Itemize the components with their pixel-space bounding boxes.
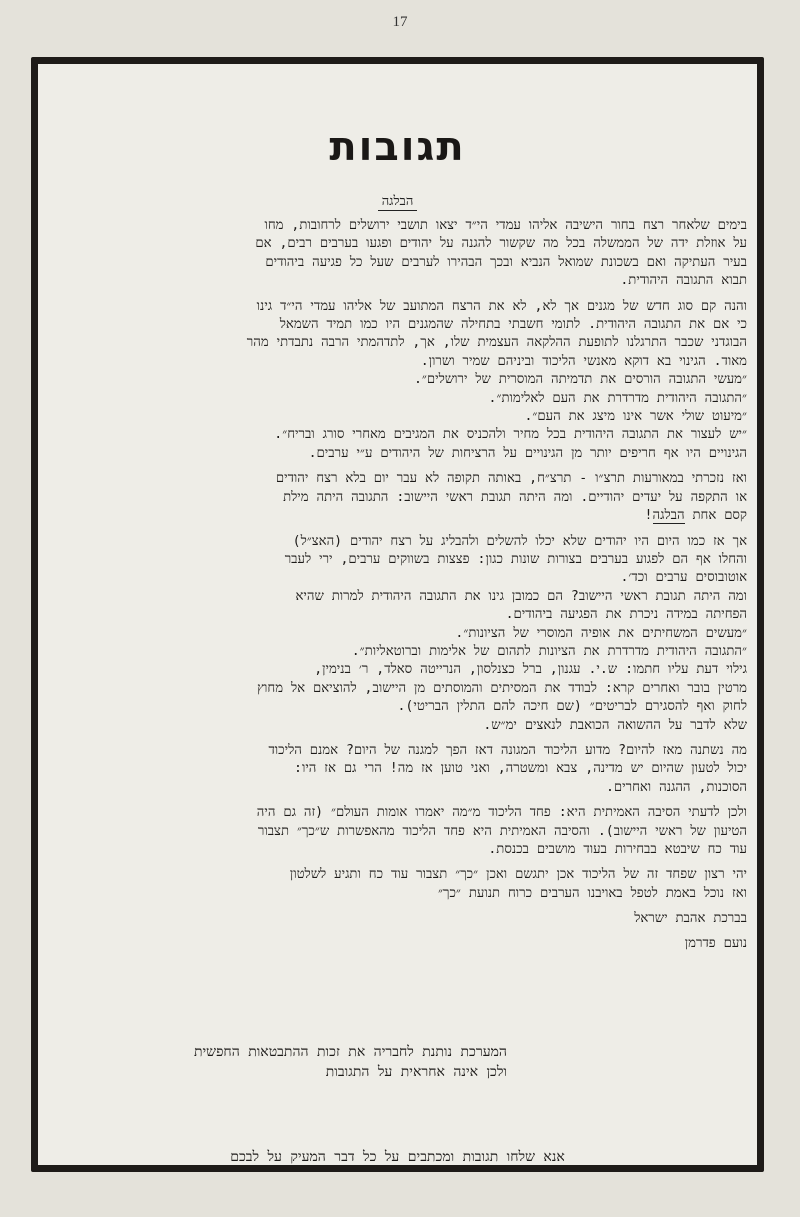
text-line: בימים שלאחר רצח בחור הישיבה אליהו עמדי ה… xyxy=(48,217,747,235)
text-line: או התקפה על יעדים יהודיים. ומה היתה תגוב… xyxy=(48,489,747,507)
author-name: נועם פדרמן xyxy=(48,935,747,953)
article-title: תגובות xyxy=(38,124,757,170)
text-line: גילוי דעת עליו חתמו: ש.י. עגנון, ברל כצנ… xyxy=(48,661,747,679)
article-paragraph: ואז נזכרתי במאורעות תרצ״ו - תרצ״ח, באותה… xyxy=(48,470,747,525)
article-frame: תגובות הבלגה בימים שלאחר רצח בחור הישיבה… xyxy=(31,57,764,1172)
text-line: על אוזלת ידה של הממשלה בכל מה שקשור להגנ… xyxy=(48,235,747,253)
text-line: מרטין בובר ואחרים קרא: לבודד את המסיתים … xyxy=(48,680,747,698)
article-paragraph: אך אז כמו היום היו יהודים שלא יכלו להשלי… xyxy=(48,533,747,735)
text-line: ואז נזכרתי במאורעות תרצ״ו - תרצ״ח, באותה… xyxy=(48,470,747,488)
text-line: יכול לטעון שהיום יש מדינה, צבא ומשטרה, ו… xyxy=(48,760,747,778)
article-paragraph: בימים שלאחר רצח בחור הישיבה אליהו עמדי ה… xyxy=(48,217,747,291)
text-line: מה נשתנה מאז להיום? מדוע הליכוד המגונה ד… xyxy=(48,742,747,760)
article-paragraph: והנה קם סוג חדש של מגנים אך לא, לא את הר… xyxy=(48,298,747,464)
text-line: אוטובוסים ערבים וכד׳. xyxy=(48,569,747,587)
text-line: ״מיעוט שולי אשר אינו מיצג את העם״. xyxy=(48,408,747,426)
text-line: בעיר העתיקה ואם בשכונת שמואל הנביא ובכך … xyxy=(48,254,747,272)
text-line: הגינויים היו אף חריפים יותר מן הגינויים … xyxy=(48,445,747,463)
text-line: מאוד. הגינוי בא דוקא מאנשי הליכוד וביניה… xyxy=(48,353,747,371)
text-line: קסם אחת הבלגה! xyxy=(48,507,747,525)
text-line: אך אז כמו היום היו יהודים שלא יכלו להשלי… xyxy=(48,533,747,551)
text-line: יהי רצון שפחד זה של הליכוד אכן יתגשם ואכ… xyxy=(48,866,747,884)
text-line: כי אם את התגובה היהודית. לתומי חשבתי בתח… xyxy=(48,316,747,334)
page-number: 17 xyxy=(0,14,800,31)
text-line: ״התגובה היהודית מדרדרת את הציונות לתהום … xyxy=(48,643,747,661)
article-subtitle: הבלגה xyxy=(378,194,418,211)
article-paragraph: ולכן לדעתי הסיבה האמיתית היא: פחד הליכוד… xyxy=(48,804,747,859)
text-line: והנה קם סוג חדש של מגנים אך לא, לא את הר… xyxy=(48,298,747,316)
text-line: ולכן לדעתי הסיבה האמיתית היא: פחד הליכוד… xyxy=(48,804,747,822)
text-line: ואז נוכל באמת לטפל באויבנו הערבים כרוח ת… xyxy=(48,885,747,903)
underlined-word: הבלגה xyxy=(653,508,685,524)
text-line: ״יש לעצור את התגובה היהודית בכל מחיר ולה… xyxy=(48,426,747,444)
text-line: הבוגדני שכבר התרגלנו לתופעת ההלקאה העצמי… xyxy=(48,334,747,352)
text-line: ״התגובה היהודית מדרדרת את העם לאלימות״. xyxy=(48,390,747,408)
article-paragraph: יהי רצון שפחד זה של הליכוד אכן יתגשם ואכ… xyxy=(48,866,747,903)
disclaimer-line: ולכן אינה אחראית על התגובות xyxy=(194,1062,507,1082)
text-line: תבוא התגובה היהודית. xyxy=(48,272,747,290)
text-line: לחוק ואף להסגירם לבריטים״ (שם חיכה להם ה… xyxy=(48,698,747,716)
article-paragraph: מה נשתנה מאז להיום? מדוע הליכוד המגונה ד… xyxy=(48,742,747,797)
editorial-disclaimer: המערכת נותנת לחבריה את זכות ההתבטאות החפ… xyxy=(194,1042,507,1082)
text-line: ״מעשי התגובה הורסים את תדמיתה המוסרית של… xyxy=(48,371,747,389)
text-line: הטיעון של ראשי היישוב). והסיבה האמיתית ה… xyxy=(48,823,747,841)
article-body: בימים שלאחר רצח בחור הישיבה אליהו עמדי ה… xyxy=(48,217,747,953)
text-line: והחלו אף הם לפגוע בערבים בצורות שונות כג… xyxy=(48,551,747,569)
text-line: עוד כח שיבטא בבחירות בעוד מושבים בכנסת. xyxy=(48,841,747,859)
text-line: ״מעשים המשחיתים את אופיה המוסרי של הציונ… xyxy=(48,625,747,643)
article-subtitle-wrap: הבלגה xyxy=(38,190,757,209)
footer-note: אנא שלחו תגובות ומכתבים על כל דבר המעיק … xyxy=(38,1149,757,1166)
disclaimer-line: המערכת נותנת לחבריה את זכות ההתבטאות החפ… xyxy=(194,1042,507,1062)
text-line: ומה היתה תגובת ראשי היישוב? הם כמובן גינ… xyxy=(48,588,747,606)
text-line: שלא לדבר על ההשואה הכואבת לנאצים ימ״ש. xyxy=(48,717,747,735)
text-line: הסוכנות, ההגנה ואחרים. xyxy=(48,779,747,797)
signoff: בברכת אהבת ישראל xyxy=(48,910,747,928)
text-line: הפחיתה במידה ניכרת את הפגיעה ביהודים. xyxy=(48,606,747,624)
